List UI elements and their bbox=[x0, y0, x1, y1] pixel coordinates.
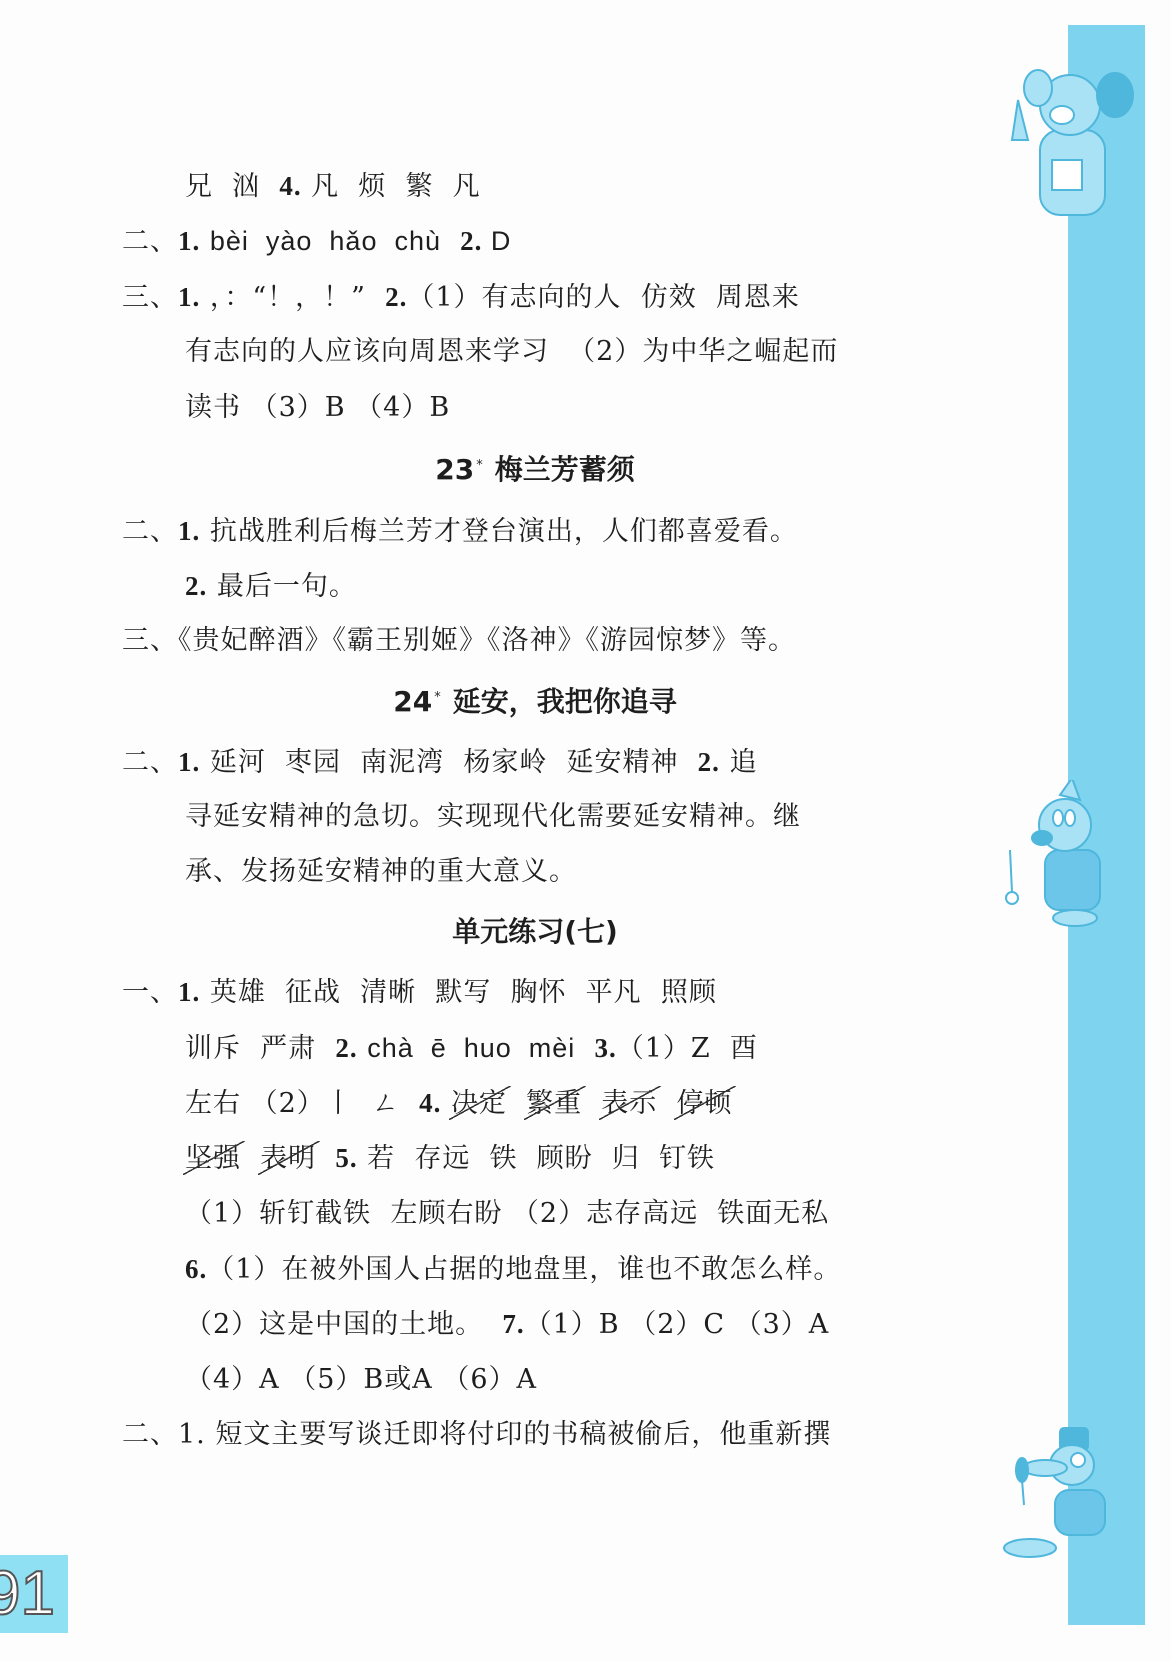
struck-word: 坚强 bbox=[185, 1139, 241, 1179]
answer-line: 三、《贵妃醉酒》《霸王别姬》《洛神》《游园惊梦》等。 bbox=[122, 621, 796, 661]
struck-word: 表示 bbox=[601, 1084, 657, 1124]
pig-mascot-icon bbox=[1000, 60, 1160, 220]
answer-line: 寻延安精神的急切。实现现代化需要延安精神。继 bbox=[185, 797, 801, 837]
answer-line: 二、1. 短文主要写谈迁即将付印的书稿被偷后，他重新撰 bbox=[122, 1415, 831, 1455]
answer-line: 坚强 表明 5. 若 存远 铁 顾盼 归 钉铁 bbox=[185, 1138, 715, 1179]
page-number-badge: 91 bbox=[0, 1555, 68, 1633]
struck-word: 决定 bbox=[451, 1084, 507, 1124]
answer-line: 训斥 严肃 2. chà ē huo mèi 3.（1）Z 酉 bbox=[185, 1028, 758, 1069]
answer-line: 2. 最后一句。 bbox=[185, 566, 357, 607]
answer-line: （2）这是中国的土地。 7.（1）B （2）C （3）A bbox=[185, 1304, 829, 1345]
page-number: 91 bbox=[0, 1559, 55, 1629]
answer-line: 二、1. bèi yào hǎo chù 2. D bbox=[122, 221, 511, 262]
struck-word: 表明 bbox=[260, 1139, 316, 1179]
answer-line: 二、1. 抗战胜利后梅兰芳才登台演出，人们都喜爱看。 bbox=[122, 511, 798, 552]
answer-line: 二、1. 延河 枣园 南泥湾 杨家岭 延安精神 2. 追 bbox=[122, 742, 758, 783]
section-heading: 单元练习(七) bbox=[0, 912, 1070, 952]
struck-word: 繁重 bbox=[526, 1084, 582, 1124]
answer-line: 左右 （2）丨 ㄥ 4. 决定 繁重 表示 停顿 bbox=[185, 1083, 732, 1124]
duck-mascot-icon bbox=[1000, 1420, 1140, 1570]
answer-line: 有志向的人应该向周恩来学习 （2）为中华之崛起而 bbox=[185, 332, 838, 372]
wolf-mascot-icon bbox=[990, 780, 1130, 930]
answer-line: 兄 汹 4. 凡 烦 繁 凡 bbox=[185, 166, 481, 207]
answer-line: 一、1. 英雄 征战 清晰 默写 胸怀 平凡 照顾 bbox=[122, 972, 717, 1013]
answer-line: 承、发扬延安精神的重大意义。 bbox=[185, 852, 577, 892]
answer-line: （4）A （5）B或A （6）A bbox=[185, 1360, 537, 1400]
struck-word: 停顿 bbox=[676, 1084, 732, 1124]
section-heading: 23*梅兰芳蓄须 bbox=[0, 450, 1070, 490]
answer-line: （1）斩钉截铁 左顾右盼 （2）志存高远 铁面无私 bbox=[185, 1194, 829, 1234]
section-heading: 24*延安，我把你追寻 bbox=[0, 682, 1070, 722]
answer-line: 读书 （3）B （4）B bbox=[185, 388, 450, 428]
answer-line: 6.（1）在被外国人占据的地盘里，谁也不敢怎么样。 bbox=[185, 1249, 841, 1290]
answer-line: 三、1. ，：“！，！” 2.（1）有志向的人 仿效 周恩来 bbox=[122, 277, 800, 318]
